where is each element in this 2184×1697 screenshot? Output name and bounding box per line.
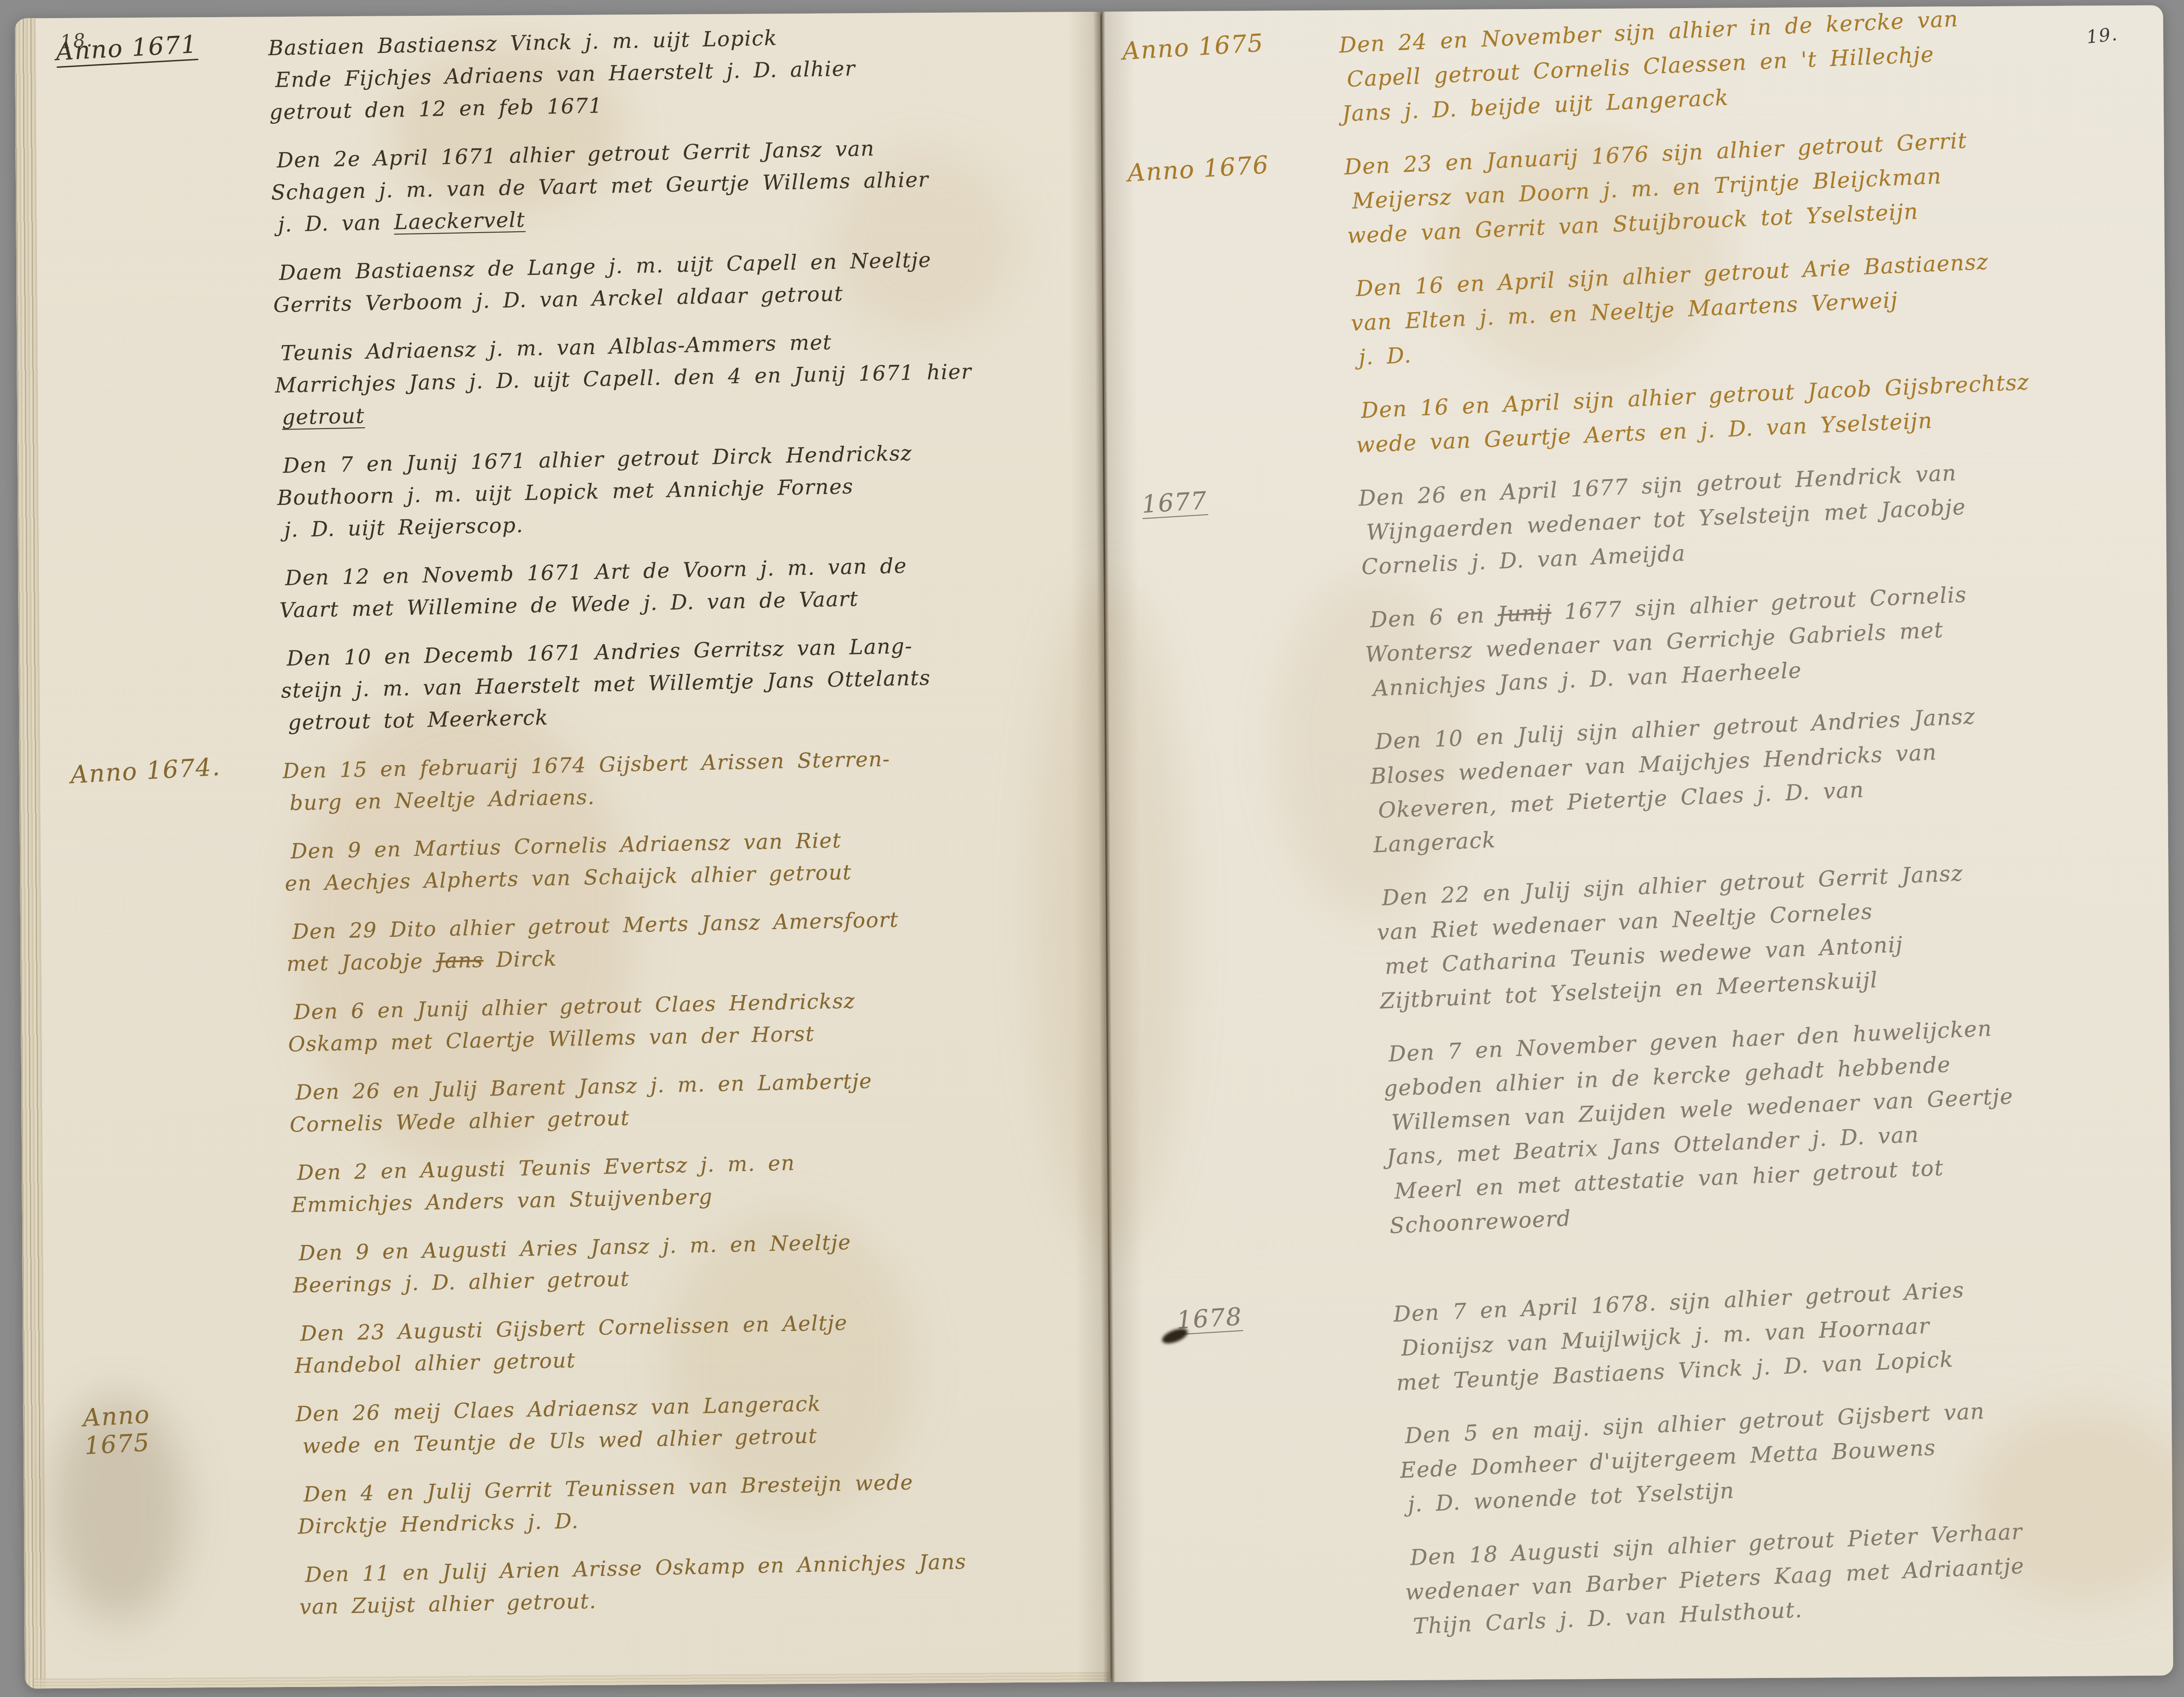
register-entry: Den 7 en Junij 1671 alhier getrout Dirck… [276,434,1082,546]
underlined-word: getrout [282,403,365,430]
register-entry: Den 16 en April sijn alhier getrout Arie… [1349,237,2184,375]
register-entry: Den 5 en maij. sijn alhier getrout Gijsb… [1398,1384,2184,1522]
register-entry: Den 4 en Julij Gerrit Teunissen van Bres… [297,1463,1102,1543]
register-entry: 1677Den 26 en April 1677 sijn getrout He… [1358,446,2184,584]
left-page-entries-column: Anno 1671Bastiaen Bastiaensz Vinck j. m.… [268,16,1104,1639]
manuscript-scan: 18. 19. Anno 1671Bastiaen Bastiaensz Vin… [0,0,2184,1697]
register-entry: Den 12 en Novemb 1671 Art de Voorn j. m.… [279,546,1084,626]
register-entry: 1678Den 7 en April 1678. sijn alhier get… [1393,1262,2184,1400]
register-entry: Anno 1676Den 23 en Januarij 1676 sijn al… [1343,115,2178,253]
register-book: 18. 19. Anno 1671Bastiaen Bastiaensz Vin… [15,5,2174,1689]
register-entry: Daem Bastiaensz de Lange j. m. uijt Cape… [272,241,1077,321]
register-entry: Den 9 en Augusti Aries Jansz j. m. en Ne… [292,1221,1097,1302]
register-entry: Anno 1675Den 26 meij Claes Adriaensz van… [295,1382,1100,1463]
register-entry: Den 18 Augusti sijn alhier getrout Piete… [1403,1505,2184,1644]
register-entry: Den 6 en Junij 1677 sijn alhier getrout … [1363,568,2184,706]
register-entry: Teunis Adriaensz j. m. van Alblas-Ammers… [274,321,1080,434]
register-entry: Den 23 Augusti Gijsbert Cornelissen en A… [294,1302,1099,1382]
register-entry: Den 10 en Decemb 1671 Andries Gerritsz v… [280,626,1086,739]
register-entry: Den 2e April 1671 alhier getrout Gerrit … [270,128,1076,241]
register-entry: Den 6 en Junij alhier getrout Claes Hend… [287,980,1092,1061]
struck-word: Junij [1497,600,1552,627]
struck-word: Jans [436,948,484,973]
register-entry: Den 7 en November geven haer den huwelij… [1382,1002,2184,1243]
register-entry: Den 2 en Augusti Teunis Evertsz j. m. en… [290,1141,1095,1221]
margin-year-note: Anno 1675 [82,1393,284,1460]
register-entry: Anno 1671Bastiaen Bastiaensz Vinck j. m.… [268,16,1074,128]
right-page-entries-column: Anno 1675Den 24 en November sijn alhier … [1338,0,2184,1663]
register-entry: Den 22 en Julij sijn alhier getrout Gerr… [1375,846,2184,1018]
register-entry: Den 9 en Martius Cornelis Adriaensz van … [284,819,1089,900]
register-entry: Den 10 en Julij sijn alhier getrout Andr… [1368,690,2184,862]
register-entry: Anno 1674.Den 15 en februarij 1674 Gijsb… [282,739,1087,819]
register-entry: Den 16 en April sijn alhier getrout Jaco… [1354,358,2184,463]
register-entry: Den 29 Dito alhier getrout Merts Jansz A… [285,900,1090,980]
register-entry: Den 26 en Julij Barent Jansz j. m. en La… [289,1061,1094,1141]
register-entry: Den 11 en Julij Arien Arisse Oskamp en A… [299,1543,1104,1623]
underlined-word: Laeckervelt [394,207,526,234]
